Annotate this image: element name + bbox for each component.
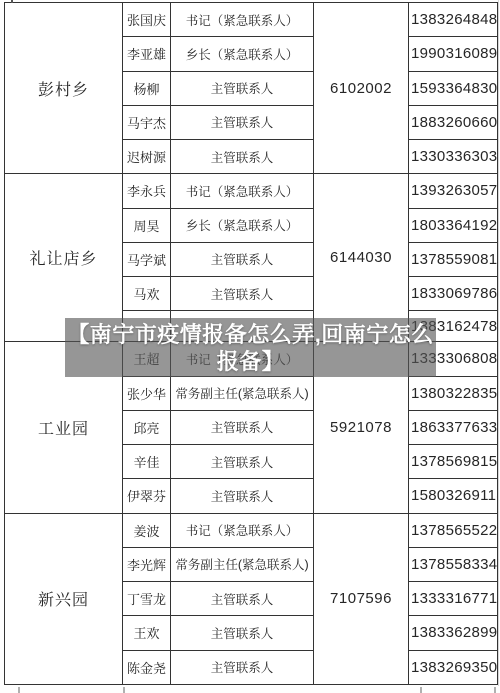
- area-cell: 彭村乡: [5, 3, 123, 174]
- position-cell: 书记（紧急联系人）: [171, 174, 314, 208]
- phone-cell: 15933648307: [409, 71, 498, 105]
- table-row: 新兴园姜波书记（紧急联系人）710759613785655226: [5, 513, 498, 547]
- phone-cell: 13832693504: [409, 650, 498, 684]
- watermark-banner: 【南宁市疫情报备怎么弄,回南宁怎么 报备】: [65, 318, 436, 377]
- phone-cell: 19903160890: [409, 37, 498, 71]
- name-cell: 周昊: [123, 208, 171, 242]
- position-cell: 乡长（紧急联系人）: [171, 208, 314, 242]
- phone-cell: 15803269118: [409, 479, 498, 513]
- area-cell: 新兴园: [5, 513, 123, 684]
- position-cell: 主管联系人: [171, 140, 314, 174]
- watermark-text-line1: 【南宁市疫情报备怎么弄,回南宁怎么: [67, 321, 434, 348]
- code-cell: 7107596: [314, 513, 409, 684]
- name-cell: 马学斌: [123, 242, 171, 276]
- name-cell: 李亚雄: [123, 37, 171, 71]
- position-cell: 主管联系人: [171, 479, 314, 513]
- watermark-text-line2: 报备】: [217, 348, 285, 375]
- name-cell: 杨柳: [123, 71, 171, 105]
- table-edge-fragment-bottom: [420, 687, 422, 693]
- phone-cell: 18832606603: [409, 105, 498, 139]
- position-cell: 主管联系人: [171, 277, 314, 311]
- name-cell: 陈金尧: [123, 650, 171, 684]
- position-cell: 主管联系人: [171, 650, 314, 684]
- name-cell: 李光辉: [123, 547, 171, 581]
- name-cell: 伊翠芬: [123, 479, 171, 513]
- phone-cell: 18330697869: [409, 277, 498, 311]
- position-cell: 常务副主任(紧急联系人): [171, 547, 314, 581]
- phone-cell: 18033641921: [409, 208, 498, 242]
- phone-cell: 13303363037: [409, 140, 498, 174]
- name-cell: 迟树源: [123, 140, 171, 174]
- phone-cell: 13785590818: [409, 242, 498, 276]
- phone-cell: 13932630579: [409, 174, 498, 208]
- position-cell: 主管联系人: [171, 616, 314, 650]
- code-cell: 6144030: [314, 174, 409, 342]
- phone-cell: 13785698158: [409, 445, 498, 479]
- name-cell: 李永兵: [123, 174, 171, 208]
- name-cell: 马宇杰: [123, 105, 171, 139]
- position-cell: 主管联系人: [171, 71, 314, 105]
- position-cell: 书记（紧急联系人）: [171, 513, 314, 547]
- area-cell: 礼让店乡: [5, 174, 123, 342]
- table-edge-fragment-bottom: [494, 687, 496, 693]
- phone-cell: 18633776333: [409, 410, 498, 444]
- position-cell: 常务副主任(紧急联系人): [171, 376, 314, 410]
- name-cell: 邱亮: [123, 410, 171, 444]
- position-cell: 主管联系人: [171, 242, 314, 276]
- phone-cell: 13785583341: [409, 547, 498, 581]
- table-edge-fragment-bottom: [123, 687, 125, 693]
- code-cell: 6102002: [314, 3, 409, 174]
- table-edge-fragment-top: [11, 0, 13, 3]
- position-cell: 主管联系人: [171, 105, 314, 139]
- table-row: 礼让店乡李永兵书记（紧急联系人）614403013932630579: [5, 174, 498, 208]
- name-cell: 辛佳: [123, 445, 171, 479]
- phone-cell: 13785655226: [409, 513, 498, 547]
- table-edge-fragment-right: [498, 0, 499, 686]
- position-cell: 主管联系人: [171, 410, 314, 444]
- position-cell: 书记（紧急联系人）: [171, 3, 314, 37]
- page: 彭村乡张国庆书记（紧急联系人）610200213832648489李亚雄乡长（紧…: [0, 0, 500, 693]
- phone-cell: 13833628993: [409, 616, 498, 650]
- table-row: 彭村乡张国庆书记（紧急联系人）610200213832648489: [5, 3, 498, 37]
- name-cell: 张国庆: [123, 3, 171, 37]
- name-cell: 姜波: [123, 513, 171, 547]
- position-cell: 主管联系人: [171, 582, 314, 616]
- name-cell: 丁雪龙: [123, 582, 171, 616]
- phone-cell: 13832648489: [409, 3, 498, 37]
- name-cell: 马欢: [123, 277, 171, 311]
- phone-cell: 13803228355: [409, 376, 498, 410]
- phone-cell: 13333167711: [409, 582, 498, 616]
- name-cell: 王欢: [123, 616, 171, 650]
- position-cell: 主管联系人: [171, 445, 314, 479]
- name-cell: 张少华: [123, 376, 171, 410]
- table-edge-fragment-bottom: [18, 687, 20, 693]
- position-cell: 乡长（紧急联系人）: [171, 37, 314, 71]
